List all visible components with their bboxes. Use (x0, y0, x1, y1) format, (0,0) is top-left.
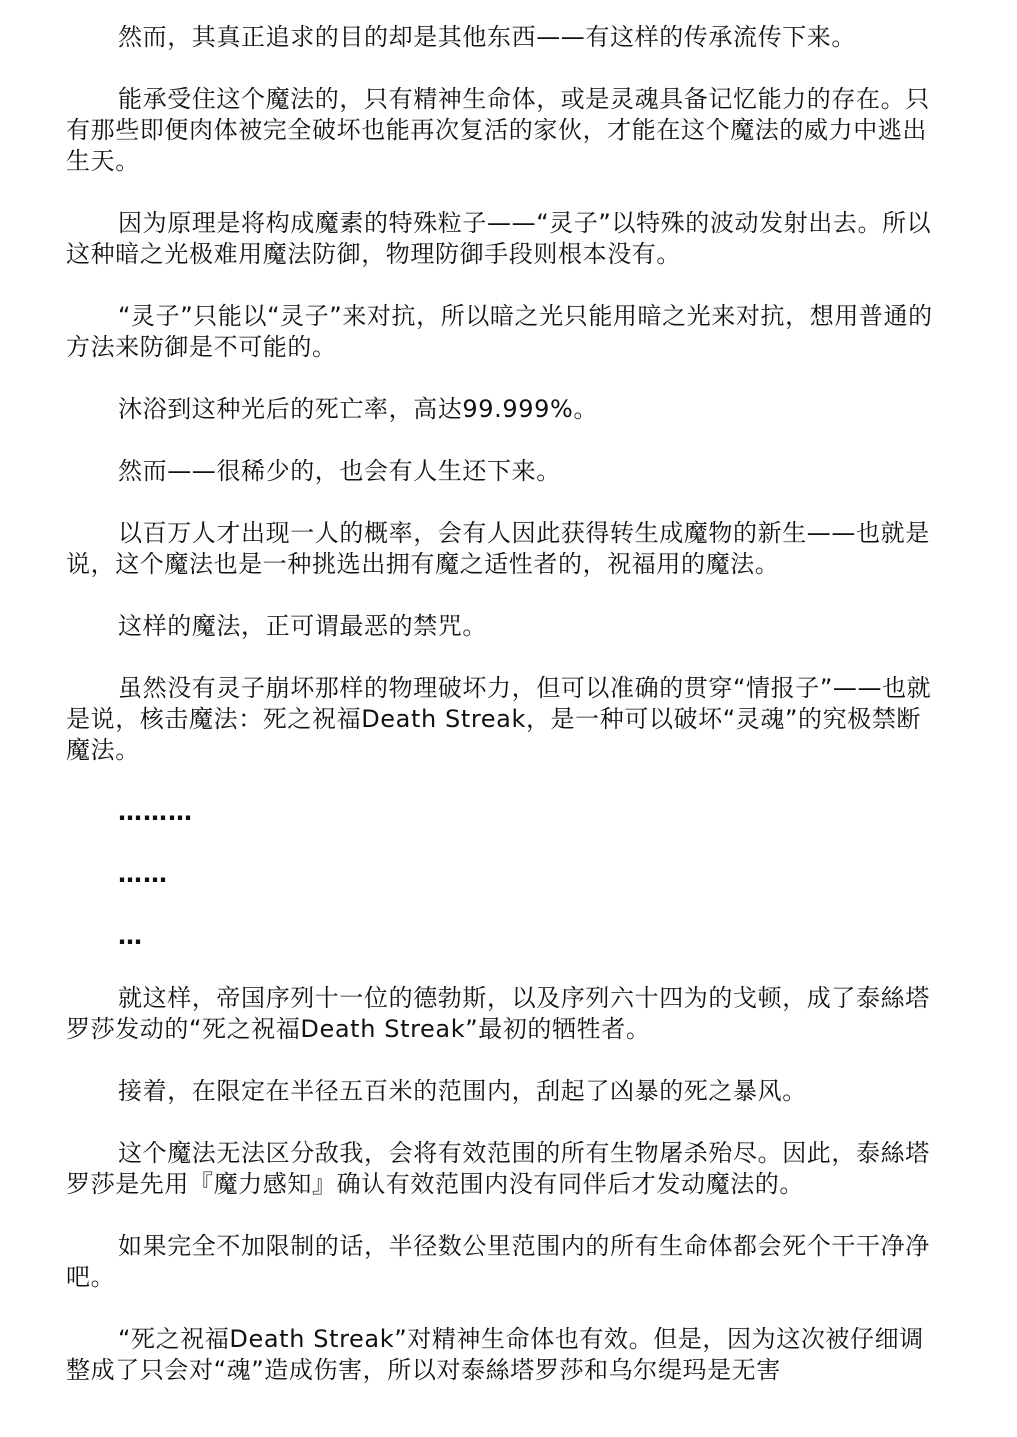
paragraph-13: 如果完全不加限制的话，半径数公里范围内的所有生命体都会死个干干净净吧。 (66, 1231, 936, 1293)
paragraph-5: 沐浴到这种光后的死亡率，高达99.999%。 (66, 394, 936, 425)
paragraph-11: 接着，在限定在半径五百米的范围内，刮起了凶暴的死之暴风。 (66, 1076, 936, 1107)
paragraph-8: 这样的魔法，正可谓最恶的禁咒。 (66, 611, 936, 642)
ellipsis-separator-short: … (66, 921, 936, 952)
document-page: 然而，其真正追求的目的却是其他东西——有这样的传承流传下来。 能承受住这个魔法的… (66, 22, 936, 1417)
paragraph-6: 然而——很稀少的，也会有人生还下来。 (66, 456, 936, 487)
paragraph-2: 能承受住这个魔法的，只有精神生命体，或是灵魂具备记忆能力的存在。只有那些即便肉体… (66, 84, 936, 177)
paragraph-12: 这个魔法无法区分敌我，会将有效范围的所有生物屠杀殆尽。因此，泰絲塔罗莎是先用『魔… (66, 1138, 936, 1200)
paragraph-1: 然而，其真正追求的目的却是其他东西——有这样的传承流传下来。 (66, 22, 936, 53)
ellipsis-separator-long: ……… (66, 797, 936, 828)
paragraph-9: 虽然没有灵子崩坏那样的物理破坏力，但可以准确的贯穿“情报子”——也就是说，核击魔… (66, 673, 936, 766)
paragraph-7: 以百万人才出现一人的概率，会有人因此获得转生成魔物的新生——也就是说，这个魔法也… (66, 518, 936, 580)
paragraph-10: 就这样，帝国序列十一位的德勃斯，以及序列六十四为的戈顿，成了泰絲塔罗莎发动的“死… (66, 983, 936, 1045)
paragraph-4: “灵子”只能以“灵子”来对抗，所以暗之光只能用暗之光来对抗，想用普通的方法来防御… (66, 301, 936, 363)
paragraph-14: “死之祝福Death Streak”对精神生命体也有效。但是，因为这次被仔细调整… (66, 1324, 936, 1386)
ellipsis-separator-medium: …… (66, 859, 936, 890)
paragraph-3: 因为原理是将构成魔素的特殊粒子——“灵子”以特殊的波动发射出去。所以这种暗之光极… (66, 208, 936, 270)
